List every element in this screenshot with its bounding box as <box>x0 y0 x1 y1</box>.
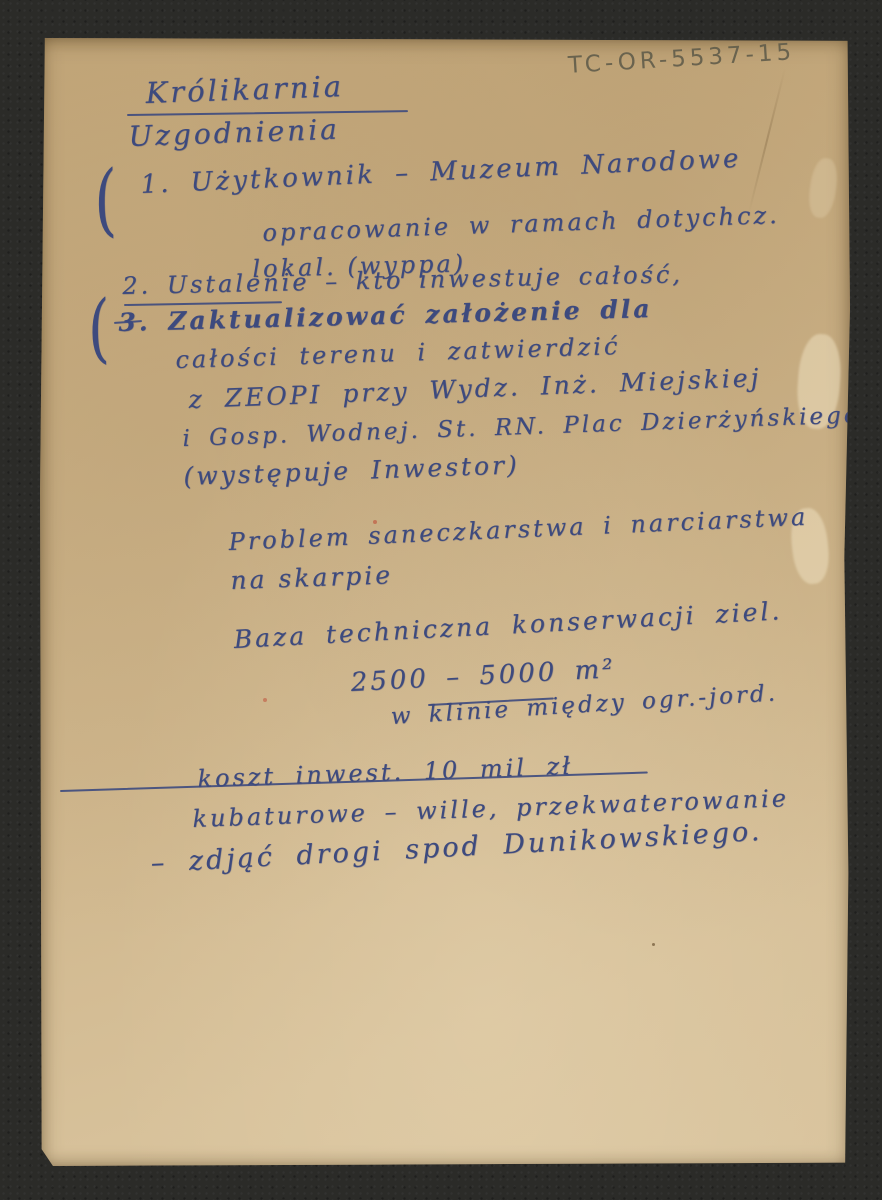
handwritten-line: opracowanie w ramach dotychcz. <box>262 201 780 247</box>
title-line: Królikarnia <box>145 69 345 110</box>
margin-paren-mark: ( <box>87 155 124 247</box>
reference-number: TC-OR-5537-15 <box>567 39 795 79</box>
tape-repair-patch <box>806 156 840 219</box>
scanned-document-photo: { "page": { "kind_label": "", "reference… <box>0 0 882 1200</box>
handwritten-line: 2500 – 5000 m² <box>350 654 616 698</box>
handwritten-line: na skarpie <box>230 560 394 595</box>
paper-crease <box>748 68 786 214</box>
paper-speck <box>652 943 655 946</box>
paper-sheet: TC-OR-5537-15 ( ( Królikarnia Uzgodnieni… <box>40 38 850 1166</box>
handwritten-line: 3. Zaktualizować założenie dla <box>118 294 653 337</box>
subtitle-line: Uzgodnienia <box>128 113 340 153</box>
handwritten-line: (występuje Inwestor) <box>183 450 520 491</box>
margin-paren-mark: ( <box>81 285 116 373</box>
handwritten-line: 2. Ustalenie – kto inwestuje całość, <box>122 260 683 300</box>
handwritten-line: Baza techniczna konserwacji ziel. <box>233 596 783 654</box>
handwritten-line: Problem saneczkarstwa i narciarstwa <box>228 503 809 556</box>
ink-speck <box>263 698 267 702</box>
handwritten-line-struck: koszt inwest. 10 mil zł <box>197 752 573 793</box>
handwritten-line: całości terenu i zatwierdzić <box>175 332 621 374</box>
handwritten-line: 1. Użytkownik – Muzeum Narodowe <box>140 144 742 200</box>
